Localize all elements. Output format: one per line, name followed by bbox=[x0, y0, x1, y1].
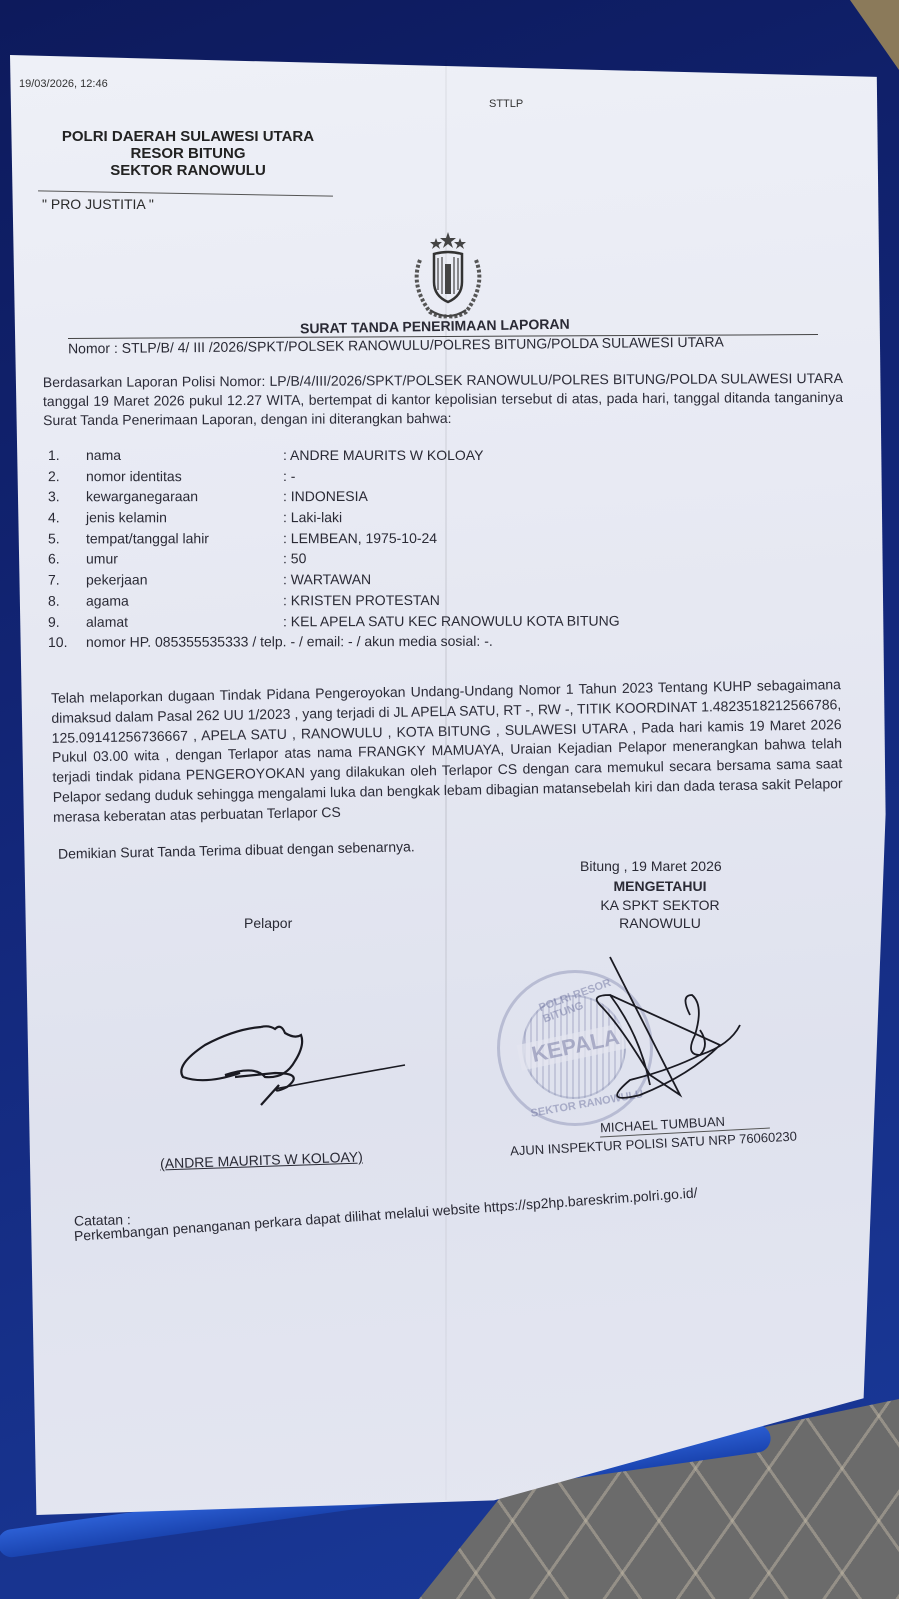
print-timestamp: 19/03/2026, 12:46 bbox=[19, 78, 108, 90]
police-emblem-icon bbox=[400, 230, 496, 326]
identity-value: : Laki-laki bbox=[283, 509, 798, 530]
letterhead-line-1: POLRI DAERAH SULAWESI UTARA bbox=[38, 128, 338, 145]
identity-value: : - bbox=[283, 468, 798, 489]
identity-number: 7. bbox=[48, 572, 86, 593]
identity-value: : ANDRE MAURITS W KOLOAY bbox=[283, 447, 798, 468]
identity-label: pekerjaan bbox=[86, 571, 283, 592]
identity-number: 6. bbox=[48, 551, 86, 572]
identity-row: 8.agama: KRISTEN PROTESTAN bbox=[48, 591, 798, 613]
identity-row: 10.nomor HP. 085355535333 / telp. - / em… bbox=[48, 632, 798, 655]
reporter-signature bbox=[175, 1015, 415, 1125]
identity-value bbox=[493, 632, 798, 653]
identity-label: alamat bbox=[86, 613, 283, 634]
identity-row: 5.tempat/tanggal lahir: LEMBEAN, 1975-10… bbox=[48, 529, 798, 551]
identity-number: 3. bbox=[48, 489, 86, 510]
note-text: Perkembangan penanganan perkara dapat di… bbox=[73, 1184, 698, 1244]
officer-title: KA SPKT SEKTOR RANOWULU bbox=[590, 896, 730, 932]
identity-value: : 50 bbox=[283, 550, 798, 571]
identity-number: 8. bbox=[48, 592, 86, 613]
identity-row: 3.kewarganegaraan: INDONESIA bbox=[48, 488, 798, 509]
identity-number: 5. bbox=[48, 530, 86, 551]
identity-row: 7.pekerjaan: WARTAWAN bbox=[48, 570, 798, 592]
letterhead: POLRI DAERAH SULAWESI UTARA RESOR BITUNG… bbox=[38, 128, 338, 179]
place-date: Bitung , 19 Maret 2026 bbox=[580, 858, 722, 874]
identity-label: jenis kelamin bbox=[86, 509, 283, 530]
letterhead-line-2: RESOR BITUNG bbox=[38, 145, 338, 162]
identity-value: : KEL APELA SATU KEC RANOWULU KOTA BITUN… bbox=[283, 612, 798, 634]
identity-label: nomor HP. 085355535333 / telp. - / email… bbox=[86, 633, 493, 655]
officer-name: MICHAEL TUMBUAN bbox=[600, 1114, 726, 1136]
intro-paragraph: Berdasarkan Laporan Polisi Nomor: LP/B/4… bbox=[43, 369, 843, 430]
identity-label: umur bbox=[86, 551, 283, 572]
identity-row: 2.nomor identitas: - bbox=[48, 468, 798, 489]
identity-value: : INDONESIA bbox=[283, 488, 798, 509]
identity-row: 1.nama: ANDRE MAURITS W KOLOAY bbox=[48, 447, 798, 468]
letterhead-line-3: SEKTOR RANOWULU bbox=[38, 162, 338, 179]
identity-label: tempat/tanggal lahir bbox=[86, 530, 283, 551]
document-title: SURAT TANDA PENERIMAAN LAPORAN bbox=[300, 316, 570, 337]
identity-label: nama bbox=[86, 447, 283, 468]
identity-number: 4. bbox=[48, 509, 86, 530]
identity-number: 1. bbox=[48, 447, 86, 468]
identity-value: : WARTAWAN bbox=[283, 570, 798, 592]
reporter-name: (ANDRE MAURITS W KOLOAY) bbox=[160, 1148, 363, 1171]
document: 19/03/2026, 12:46 STTLP POLRI DAERAH SUL… bbox=[0, 0, 899, 1599]
report-paragraph: Telah melaporkan dugaan Tindak Pidana Pe… bbox=[51, 675, 843, 827]
identity-number: 2. bbox=[48, 468, 86, 489]
acknowledged-label: MENGETAHUI bbox=[600, 878, 720, 894]
identity-label: kewarganegaraan bbox=[86, 488, 283, 509]
identity-value: : LEMBEAN, 1975-10-24 bbox=[283, 529, 798, 550]
identity-value: : KRISTEN PROTESTAN bbox=[283, 591, 798, 613]
closing-statement: Demikian Surat Tanda Terima dibuat denga… bbox=[58, 838, 415, 861]
identity-label: nomor identitas bbox=[86, 468, 283, 489]
motto: " PRO JUSTITIA " bbox=[42, 196, 154, 212]
identity-row: 6.umur: 50 bbox=[48, 550, 798, 572]
identity-label: agama bbox=[86, 592, 283, 613]
officer-signature bbox=[580, 955, 750, 1105]
form-code: STTLP bbox=[489, 98, 523, 110]
identity-row: 9.alamat: KEL APELA SATU KEC RANOWULU KO… bbox=[48, 612, 798, 634]
identity-number: 9. bbox=[48, 613, 86, 634]
identity-number: 10. bbox=[48, 634, 86, 655]
identity-list: 1.nama: ANDRE MAURITS W KOLOAY2.nomor id… bbox=[48, 447, 798, 654]
reporter-label: Pelapor bbox=[244, 915, 292, 931]
identity-row: 4.jenis kelamin: Laki-laki bbox=[48, 509, 798, 530]
